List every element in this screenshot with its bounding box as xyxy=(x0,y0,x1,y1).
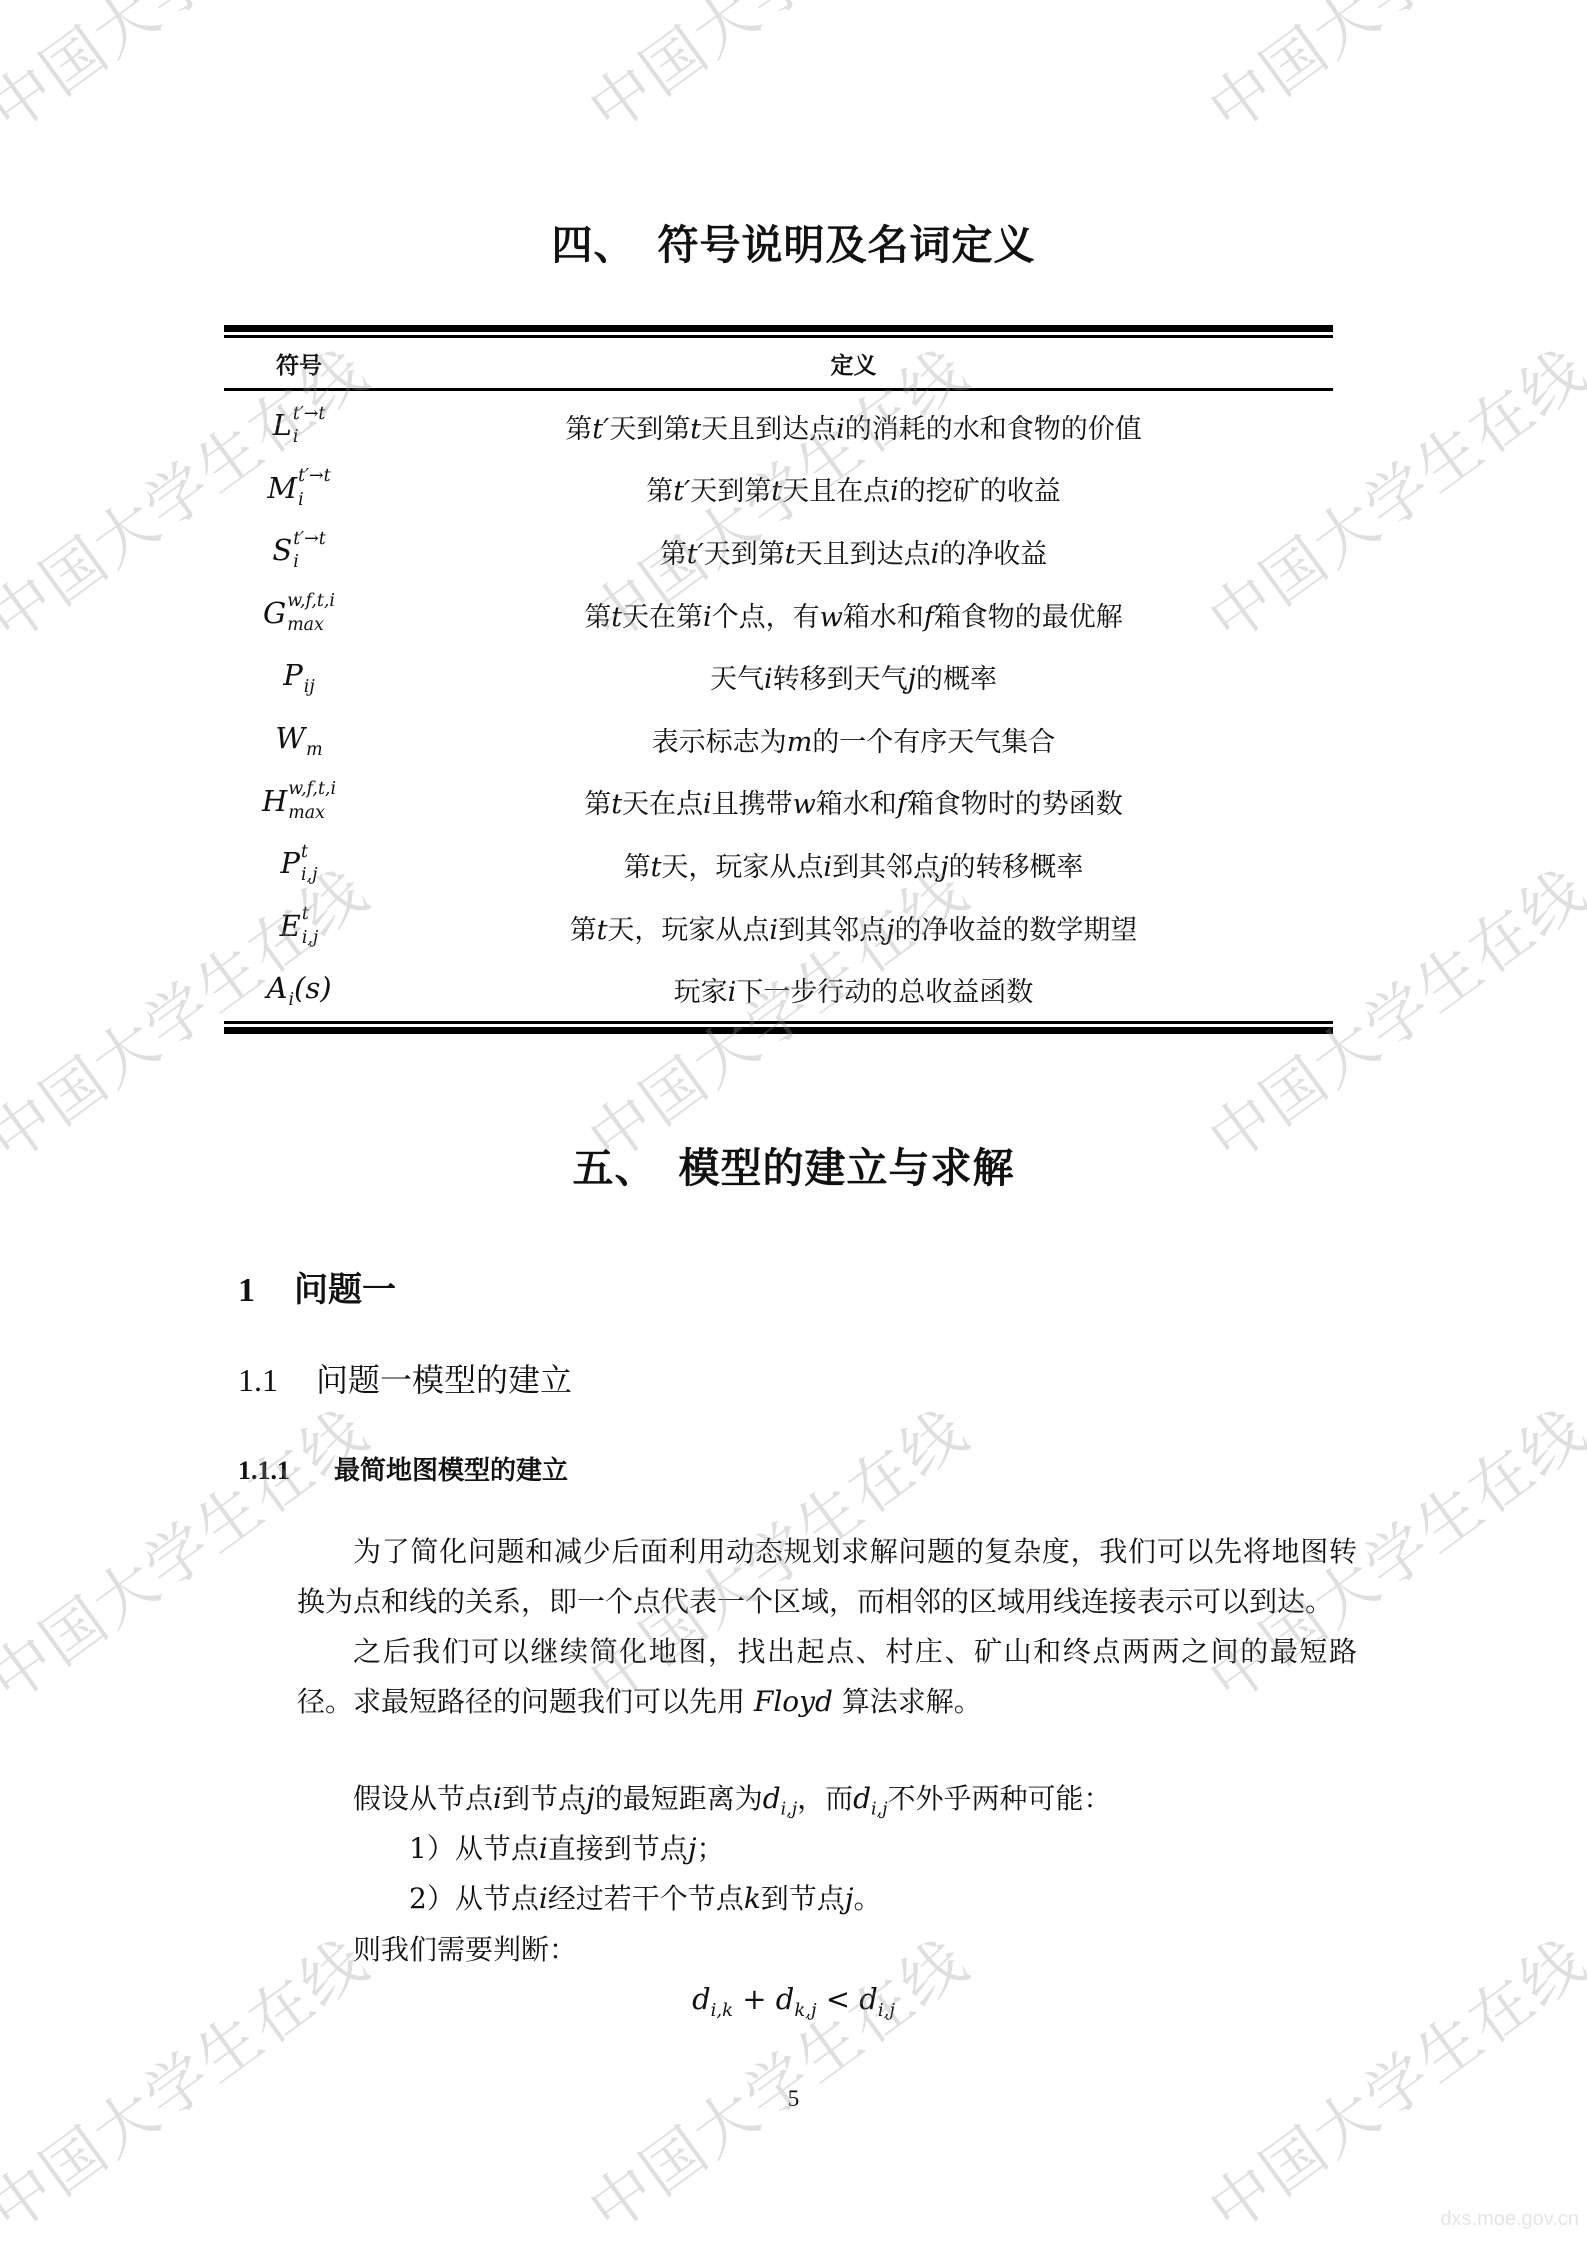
heading-1-1-1-number: 1.1.1 xyxy=(238,1456,334,1486)
watermark-text: 中国大学生在线 xyxy=(568,0,983,149)
heading-1-1-number: 1.1 xyxy=(238,1362,316,1399)
table-row: P ij天气i转移到天气j的概率 xyxy=(224,645,1333,708)
case-2: 2）从节点i经过若干个节点k到节点j。 xyxy=(409,1877,882,1917)
watermark-text: 中国大学生在线 xyxy=(1188,1914,1587,2245)
section-5-heading: 五、模型的建立与求解 xyxy=(0,1135,1587,1194)
document-page: 中国大学生在线中国大学生在线中国大学生在线中国大学生在线中国大学生在线中国大学生… xyxy=(0,0,1587,2245)
symbol-cell: Pti,j xyxy=(224,846,374,882)
symbol-table: 符号 定义 Lt′→ti第t′天到第t天且到达点i的消耗的水和食物的价值Mt′→… xyxy=(224,325,1333,1034)
table-row: Gw,f,t,imax第t天在第i个点，有w箱水和f箱食物的最优解 xyxy=(224,583,1333,646)
symbol-cell: Lt′→ti xyxy=(224,408,374,444)
definition-cell: 第t′天到第t天且到达点i的消耗的水和食物的价值 xyxy=(374,407,1333,446)
floyd-term: Floyd xyxy=(754,1685,833,1718)
definition-cell: 第t天，玩家从点i到其邻点j的转移概率 xyxy=(374,845,1333,884)
paragraph-1: 为了简化问题和减少后面利用动态规划求解问题的复杂度，我们可以先将地图转换为点和线… xyxy=(297,1527,1357,1627)
header-symbol: 符号 xyxy=(224,347,374,380)
table-row: Pti,j第t天，玩家从点i到其邻点j的转移概率 xyxy=(224,833,1333,896)
table-row: A i(s)玩家i下一步行动的总收益函数 xyxy=(224,958,1333,1021)
table-body: Lt′→ti第t′天到第t天且到达点i的消耗的水和食物的价值Mt′→ti第t′天… xyxy=(224,391,1333,1021)
symbol-cell: W m xyxy=(224,721,374,757)
heading-1: 1问题一 xyxy=(238,1262,396,1311)
watermark-text: 中国大学生在线 xyxy=(568,1914,983,2245)
table-header-row: 符号 定义 xyxy=(224,338,1333,388)
section-5-number: 五、 xyxy=(573,1144,657,1192)
heading-1-1-1: 1.1.1最简地图模型的建立 xyxy=(238,1450,568,1487)
assumption-line: 假设从节点i到节点j的最短距离为di,j，而di,j不外乎两种可能： xyxy=(353,1777,1112,1820)
symbol-cell: St′→ti xyxy=(224,533,374,569)
table-row: W m表示标志为m的一个有序天气集合 xyxy=(224,708,1333,771)
symbol-cell: P ij xyxy=(224,658,374,694)
symbol-cell: Eti,j xyxy=(224,909,374,945)
heading-1-1-title: 问题一模型的建立 xyxy=(316,1361,572,1399)
definition-cell: 第t天在第i个点，有w箱水和f箱食物的最优解 xyxy=(374,595,1333,634)
definition-cell: 玩家i下一步行动的总收益函数 xyxy=(374,970,1333,1009)
heading-1-1-1-title: 最简地图模型的建立 xyxy=(334,1456,568,1486)
table-row: Eti,j第t天，玩家从点i到其邻点j的净收益的数学期望 xyxy=(224,896,1333,959)
floyd-inequality-formula: di,k + dk,j < di,j xyxy=(0,1982,1587,2021)
table-row: St′→ti第t′天到第t天且到达点i的净收益 xyxy=(224,520,1333,583)
symbol-cell: Hw,f,t,imax xyxy=(224,784,374,820)
definition-cell: 第t天在点i且携带w箱水和f箱食物时的势函数 xyxy=(374,782,1333,821)
watermark-text: 中国大学生在线 xyxy=(0,0,382,149)
paragraph-2: 之后我们可以继续简化地图，找出起点、村庄、矿山和终点两两之间的最短路径。求最短路… xyxy=(297,1627,1357,1727)
watermark-url: dxs.moe.gov.cn xyxy=(1440,2208,1579,2231)
definition-cell: 第t天，玩家从点i到其邻点j的净收益的数学期望 xyxy=(374,908,1333,947)
body-paragraphs: 为了简化问题和减少后面利用动态规划求解问题的复杂度，我们可以先将地图转换为点和线… xyxy=(297,1527,1357,1727)
table-top-thick-rule xyxy=(224,325,1333,332)
section-4-title: 符号说明及名词定义 xyxy=(658,221,1036,269)
page-number: 5 xyxy=(0,2086,1587,2112)
heading-1-title: 问题一 xyxy=(294,1270,396,1310)
definition-cell: 第t′天到第t天且到达点i的净收益 xyxy=(374,532,1333,571)
section-4-number: 四、 xyxy=(552,221,636,269)
symbol-cell: A i(s) xyxy=(224,971,374,1007)
judge-line: 则我们需要判断： xyxy=(353,1928,577,1968)
symbol-cell: Mt′→ti xyxy=(224,471,374,507)
symbol-cell: Gw,f,t,imax xyxy=(224,596,374,632)
table-bottom-thick-rule xyxy=(224,1027,1333,1034)
watermark-text: 中国大学生在线 xyxy=(0,1914,382,2245)
table-row: Lt′→ti第t′天到第t天且到达点i的消耗的水和食物的价值 xyxy=(224,395,1333,458)
watermark-text: 中国大学生在线 xyxy=(1188,0,1587,149)
heading-1-number: 1 xyxy=(238,1272,294,1310)
definition-cell: 第t′天到第t天且在点i的挖矿的收益 xyxy=(374,469,1333,508)
header-definition: 定义 xyxy=(374,347,1333,380)
case-1: 1）从节点i直接到节点j； xyxy=(409,1827,725,1867)
definition-cell: 表示标志为m的一个有序天气集合 xyxy=(374,720,1333,759)
table-row: Hw,f,t,imax第t天在点i且携带w箱水和f箱食物时的势函数 xyxy=(224,771,1333,834)
heading-1-1: 1.1问题一模型的建立 xyxy=(238,1355,572,1401)
table-row: Mt′→ti第t′天到第t天且在点i的挖矿的收益 xyxy=(224,458,1333,521)
section-4-heading: 四、符号说明及名词定义 xyxy=(0,212,1587,271)
section-5-title: 模型的建立与求解 xyxy=(679,1144,1015,1192)
definition-cell: 天气i转移到天气j的概率 xyxy=(374,657,1333,696)
